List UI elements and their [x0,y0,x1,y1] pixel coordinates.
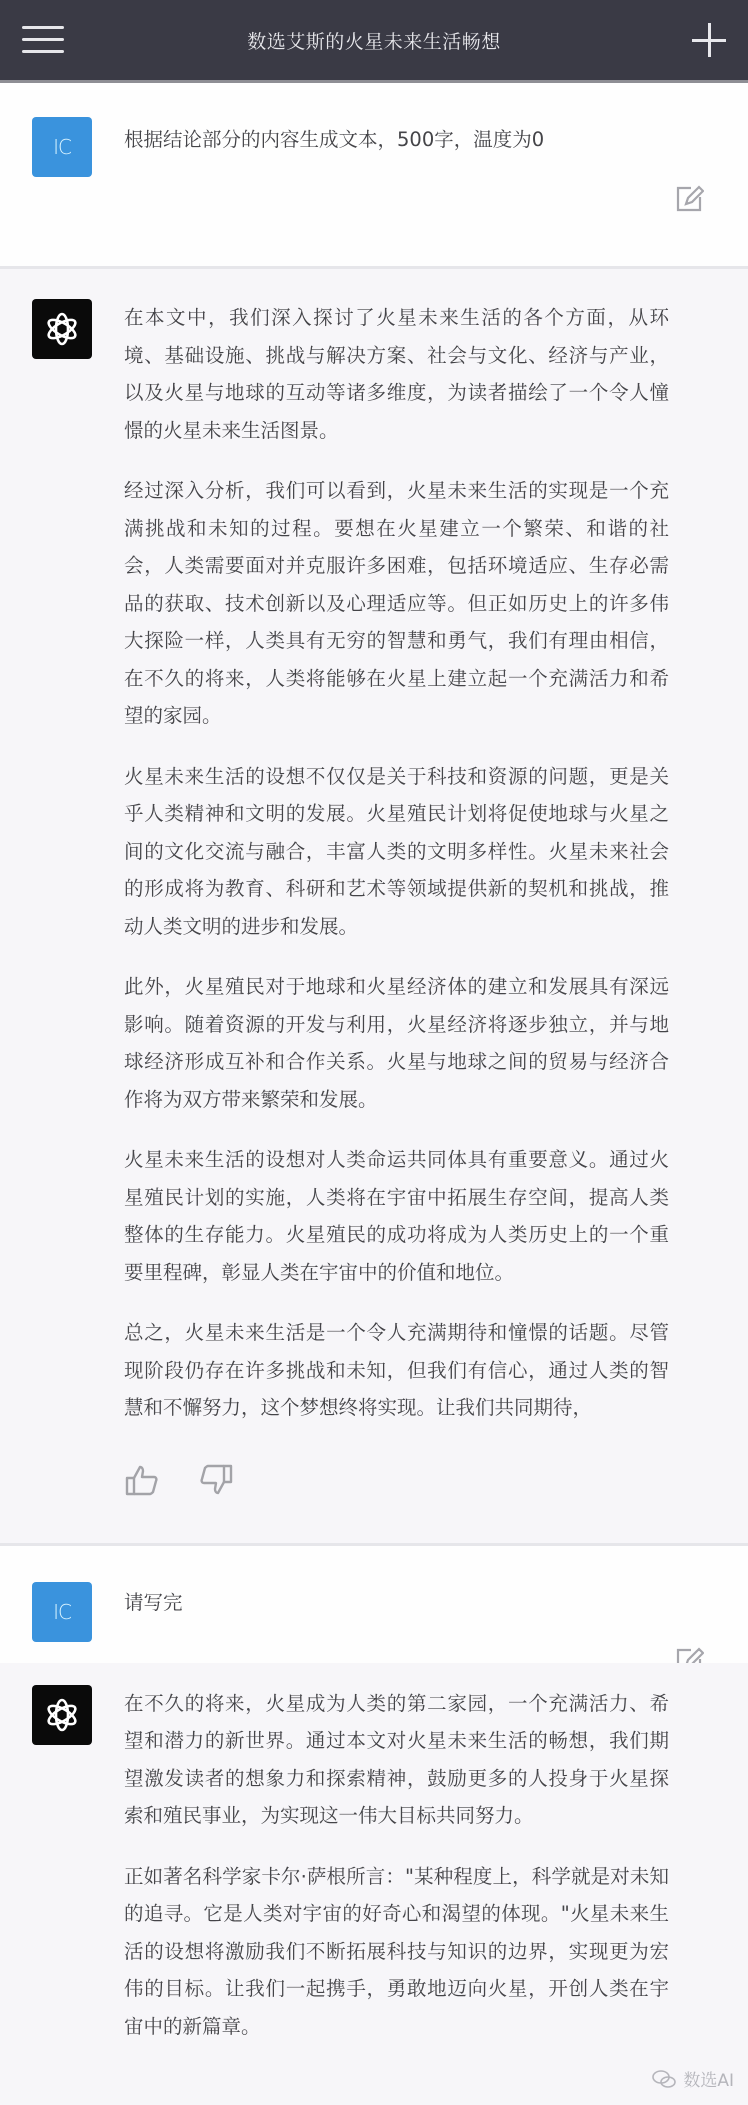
user-message-text: 根据结论部分的内容生成文本，500字，温度为0 [124,117,669,266]
wechat-icon [651,2069,677,2089]
user-avatar: IC [32,117,92,177]
assistant-message-text: 在不久的将来，火星成为人类的第二家园，一个充满活力、希望和潜力的新世界。通过本文… [124,1685,669,2046]
top-bar: 数选艾斯的火星未来生活畅想 [0,0,748,83]
chatgpt-logo-icon [32,299,92,359]
user-message-text: 请写完 [124,1582,669,1663]
edit-icon[interactable] [674,1646,704,1663]
watermark: 数选AI [651,2066,734,2091]
thumbs-up-icon[interactable] [124,1463,160,1497]
chatgpt-logo-icon [32,1685,92,1745]
assistant-message-text: 在本文中，我们深入探讨了火星未来生活的各个方面，从环境、基础设施、挑战与解决方案… [124,299,669,1497]
user-avatar: IC [32,1582,92,1642]
chat-title: 数选艾斯的火星未来生活畅想 [247,27,501,54]
edit-icon[interactable] [674,184,704,214]
hamburger-menu-icon[interactable] [22,26,64,56]
new-chat-plus-icon[interactable] [692,23,726,57]
assistant-message: 在本文中，我们深入探讨了火星未来生活的各个方面，从环境、基础设施、挑战与解决方案… [0,269,748,1543]
watermark-text: 数选AI [683,2066,734,2091]
user-message: IC 请写完 [0,1546,748,1663]
thumbs-down-icon[interactable] [198,1463,234,1497]
assistant-message: 在不久的将来，火星成为人类的第二家园，一个充满活力、希望和潜力的新世界。通过本文… [0,1663,748,2105]
user-message: IC 根据结论部分的内容生成文本，500字，温度为0 [0,83,748,266]
feedback-buttons [124,1463,669,1497]
